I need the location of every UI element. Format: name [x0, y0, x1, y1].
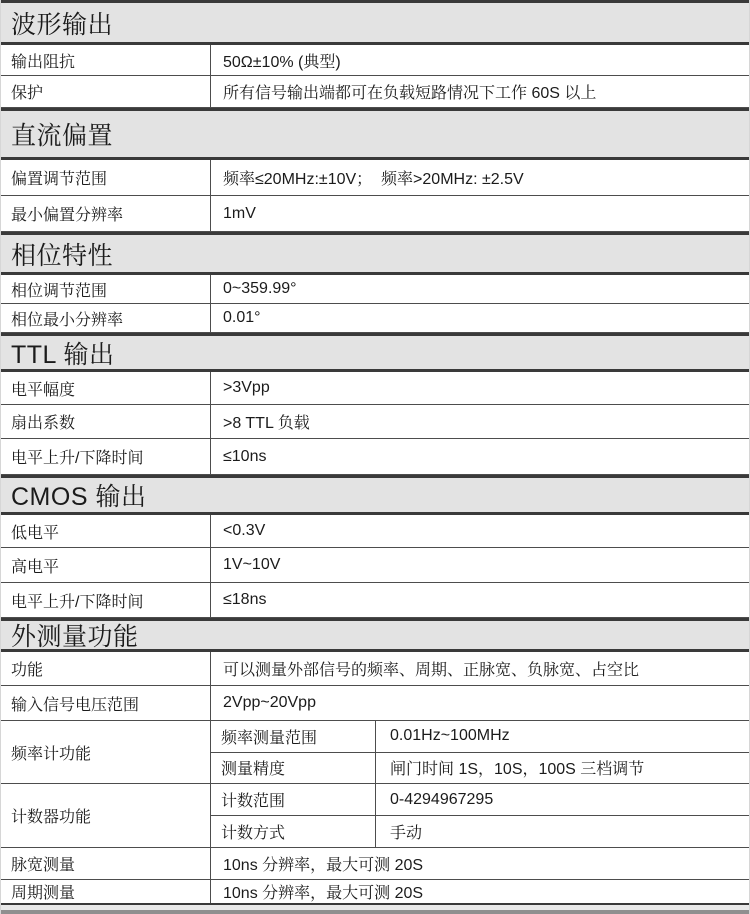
group-label: 频率计功能: [1, 721, 211, 783]
row-label: 低电平: [1, 515, 211, 547]
section-header-ttl-output: TTL 输出: [1, 333, 749, 372]
spec-row: 电平上升/下降时间 ≤10ns: [1, 439, 749, 475]
spec-subrow: 频率测量范围 0.01Hz~100MHz: [211, 721, 749, 753]
spec-row: 脉宽测量 10ns 分辨率，最大可测 20S: [1, 848, 749, 880]
row-value: >3Vpp: [211, 372, 749, 404]
row-value: 1V~10V: [211, 548, 749, 582]
section-header-dc-offset: 直流偏置: [1, 108, 749, 160]
spec-row: 周期测量 10ns 分辨率，最大可测 20S: [1, 880, 749, 905]
subrow-label: 测量精度: [211, 753, 376, 784]
row-value: 50Ω±10% (典型): [211, 45, 749, 75]
subrows: 频率测量范围 0.01Hz~100MHz 测量精度 闸门时间 1S，10S，10…: [211, 721, 749, 783]
row-label: 周期测量: [1, 880, 211, 903]
spec-group-counter: 计数器功能 计数范围 0-4294967295 计数方式 手动: [1, 784, 749, 848]
spec-subrow: 计数方式 手动: [211, 816, 749, 847]
row-label: 相位最小分辨率: [1, 304, 211, 332]
subrow-value: 手动: [376, 816, 749, 847]
spec-row: 输出阻抗 50Ω±10% (典型): [1, 45, 749, 76]
row-label: 功能: [1, 652, 211, 685]
row-label: 相位调节范围: [1, 275, 211, 303]
row-label: 电平上升/下降时间: [1, 439, 211, 474]
subrow-label: 频率测量范围: [211, 721, 376, 752]
section-header-phase: 相位特性: [1, 232, 749, 275]
section-header-external-measurement: 外测量功能: [1, 618, 749, 652]
row-label: 输入信号电压范围: [1, 686, 211, 720]
section-title: TTL 输出: [11, 335, 114, 371]
row-label: 高电平: [1, 548, 211, 582]
row-label: 脉宽测量: [1, 848, 211, 879]
row-label: 最小偏置分辨率: [1, 196, 211, 231]
row-label: 保护: [1, 76, 211, 107]
row-value: 10ns 分辨率，最大可测 20S: [211, 848, 749, 879]
subrow-value: 0-4294967295: [376, 784, 749, 815]
spec-row: 相位最小分辨率 0.01°: [1, 304, 749, 333]
spec-row: 相位调节范围 0~359.99°: [1, 275, 749, 304]
row-value: 10ns 分辨率，最大可测 20S: [211, 880, 749, 903]
subrow-value: 闸门时间 1S，10S，100S 三档调节: [376, 753, 749, 784]
spec-sheet: 波形输出 输出阻抗 50Ω±10% (典型) 保护 所有信号输出端都可在负载短路…: [0, 0, 750, 914]
subrow-label: 计数范围: [211, 784, 376, 815]
row-value: 频率≤20MHz:±10V； 频率>20MHz: ±2.5V: [211, 160, 749, 195]
row-value: 2Vpp~20Vpp: [211, 686, 749, 720]
subrow-value: 0.01Hz~100MHz: [376, 721, 749, 752]
section-title: 直流偏置: [11, 116, 113, 152]
spec-row: 输入信号电压范围 2Vpp~20Vpp: [1, 686, 749, 721]
spec-row: 低电平 <0.3V: [1, 515, 749, 548]
spec-row: 保护 所有信号输出端都可在负载短路情况下工作 60S 以上: [1, 76, 749, 108]
row-value: 0.01°: [211, 304, 749, 332]
row-label: 输出阻抗: [1, 45, 211, 75]
section-header-cmos-output: CMOS 输出: [1, 475, 749, 515]
spec-row: 最小偏置分辨率 1mV: [1, 196, 749, 232]
row-value: 可以测量外部信号的频率、周期、正脉宽、负脉宽、占空比: [211, 652, 749, 685]
row-label: 扇出系数: [1, 405, 211, 438]
row-value: >8 TTL 负载: [211, 405, 749, 438]
row-value: 0~359.99°: [211, 275, 749, 303]
section-title: CMOS 输出: [11, 477, 146, 513]
spec-row: 扇出系数 >8 TTL 负载: [1, 405, 749, 439]
row-label: 电平幅度: [1, 372, 211, 404]
row-label: 电平上升/下降时间: [1, 583, 211, 617]
section-title: 外测量功能: [11, 617, 139, 653]
spec-subrow: 计数范围 0-4294967295: [211, 784, 749, 816]
row-label: 偏置调节范围: [1, 160, 211, 195]
section-title: 相位特性: [11, 236, 113, 272]
spec-row: 高电平 1V~10V: [1, 548, 749, 583]
row-value: <0.3V: [211, 515, 749, 547]
section-title: 波形输出: [11, 5, 113, 41]
spec-group-frequency-counter: 频率计功能 频率测量范围 0.01Hz~100MHz 测量精度 闸门时间 1S，…: [1, 721, 749, 784]
row-value: ≤18ns: [211, 583, 749, 617]
section-header-waveform-output: 波形输出: [1, 0, 749, 45]
spec-subrow: 测量精度 闸门时间 1S，10S，100S 三档调节: [211, 753, 749, 784]
group-label: 计数器功能: [1, 784, 211, 847]
subrows: 计数范围 0-4294967295 计数方式 手动: [211, 784, 749, 847]
spec-row: 电平上升/下降时间 ≤18ns: [1, 583, 749, 618]
row-value: 1mV: [211, 196, 749, 231]
row-value: ≤10ns: [211, 439, 749, 474]
subrow-label: 计数方式: [211, 816, 376, 847]
spec-row: 电平幅度 >3Vpp: [1, 372, 749, 405]
spec-row: 偏置调节范围 频率≤20MHz:±10V； 频率>20MHz: ±2.5V: [1, 160, 749, 196]
next-section-partial-border: [1, 910, 749, 914]
row-value: 所有信号输出端都可在负载短路情况下工作 60S 以上: [211, 76, 749, 107]
spec-row: 功能 可以测量外部信号的频率、周期、正脉宽、负脉宽、占空比: [1, 652, 749, 686]
